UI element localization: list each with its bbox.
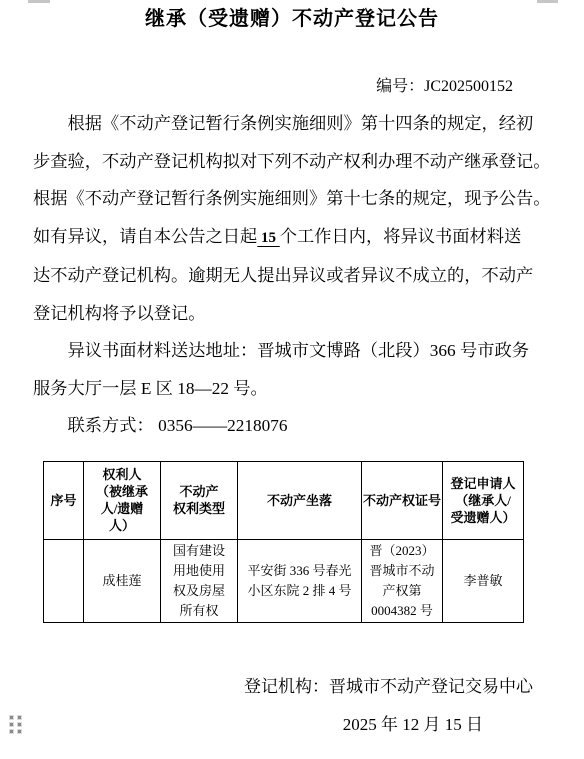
top-left-artifact-bar <box>28 0 50 3</box>
header-certificate-number: 不动产权证号 <box>362 461 443 539</box>
cell-serial-number <box>44 539 84 622</box>
header-rights-holder: 权利人 （被继承 人/遗赠 人） <box>84 461 161 539</box>
drag-grip-icon[interactable] <box>10 716 21 733</box>
header-right-type: 不动产 权利类型 <box>161 461 238 539</box>
top-right-artifact-bar <box>537 0 558 3</box>
cell-rights-holder: 成桂莲 <box>84 539 161 622</box>
cell-certificate-number: 晋（2023） 晋城市不动 产权第 0004382 号 <box>362 539 443 622</box>
header-property-location: 不动产坐落 <box>238 461 362 539</box>
table-row: 成桂莲 国有建设 用地使用 权及房屋 所有权 平安街 336 号春光 小区东院 … <box>44 539 524 622</box>
registration-authority: 登记机构：晋城市不动产登记交易中心 <box>244 676 533 698</box>
cell-right-type: 国有建设 用地使用 权及房屋 所有权 <box>161 539 238 622</box>
table-header-row: 序号 权利人 （被继承 人/遗赠 人） 不动产 权利类型 不动产坐落 不动产权证… <box>44 461 524 539</box>
cell-applicant: 李普敏 <box>443 539 524 622</box>
paragraph-legal-basis: 根据《不动产登记暂行条例实施细则》第十四条的规定，经初 步查验，不动产登记机构拟… <box>33 105 551 332</box>
paragraph-delivery-address: 异议书面材料送达地址：晋城市文博路（北段）366 号市政务 服务大厅一层 E 区… <box>33 332 551 407</box>
notice-date: 2025 年 12 月 15 日 <box>343 714 483 736</box>
registration-table: 序号 权利人 （被继承 人/遗赠 人） 不动产 权利类型 不动产坐落 不动产权证… <box>43 461 524 623</box>
page-title: 继承（受遗赠）不动产登记公告 <box>0 7 584 31</box>
notice-body: 根据《不动产登记暂行条例实施细则》第十四条的规定，经初 步查验，不动产登记机构拟… <box>33 105 551 445</box>
notice-document: 继承（受遗赠）不动产登记公告 编号：JC202500152 根据《不动产登记暂行… <box>0 0 584 759</box>
doc-number: 编号：JC202500152 <box>0 77 584 97</box>
header-serial-number: 序号 <box>44 461 84 539</box>
cell-property-location: 平安街 336 号春光 小区东院 2 排 4 号 <box>238 539 362 622</box>
header-applicant: 登记申请人 （继承人/ 受遗赠人） <box>443 461 524 539</box>
paragraph-contact: 联系方式： 0356——2218076 <box>33 407 551 445</box>
objection-days-value: 15 <box>257 230 280 246</box>
